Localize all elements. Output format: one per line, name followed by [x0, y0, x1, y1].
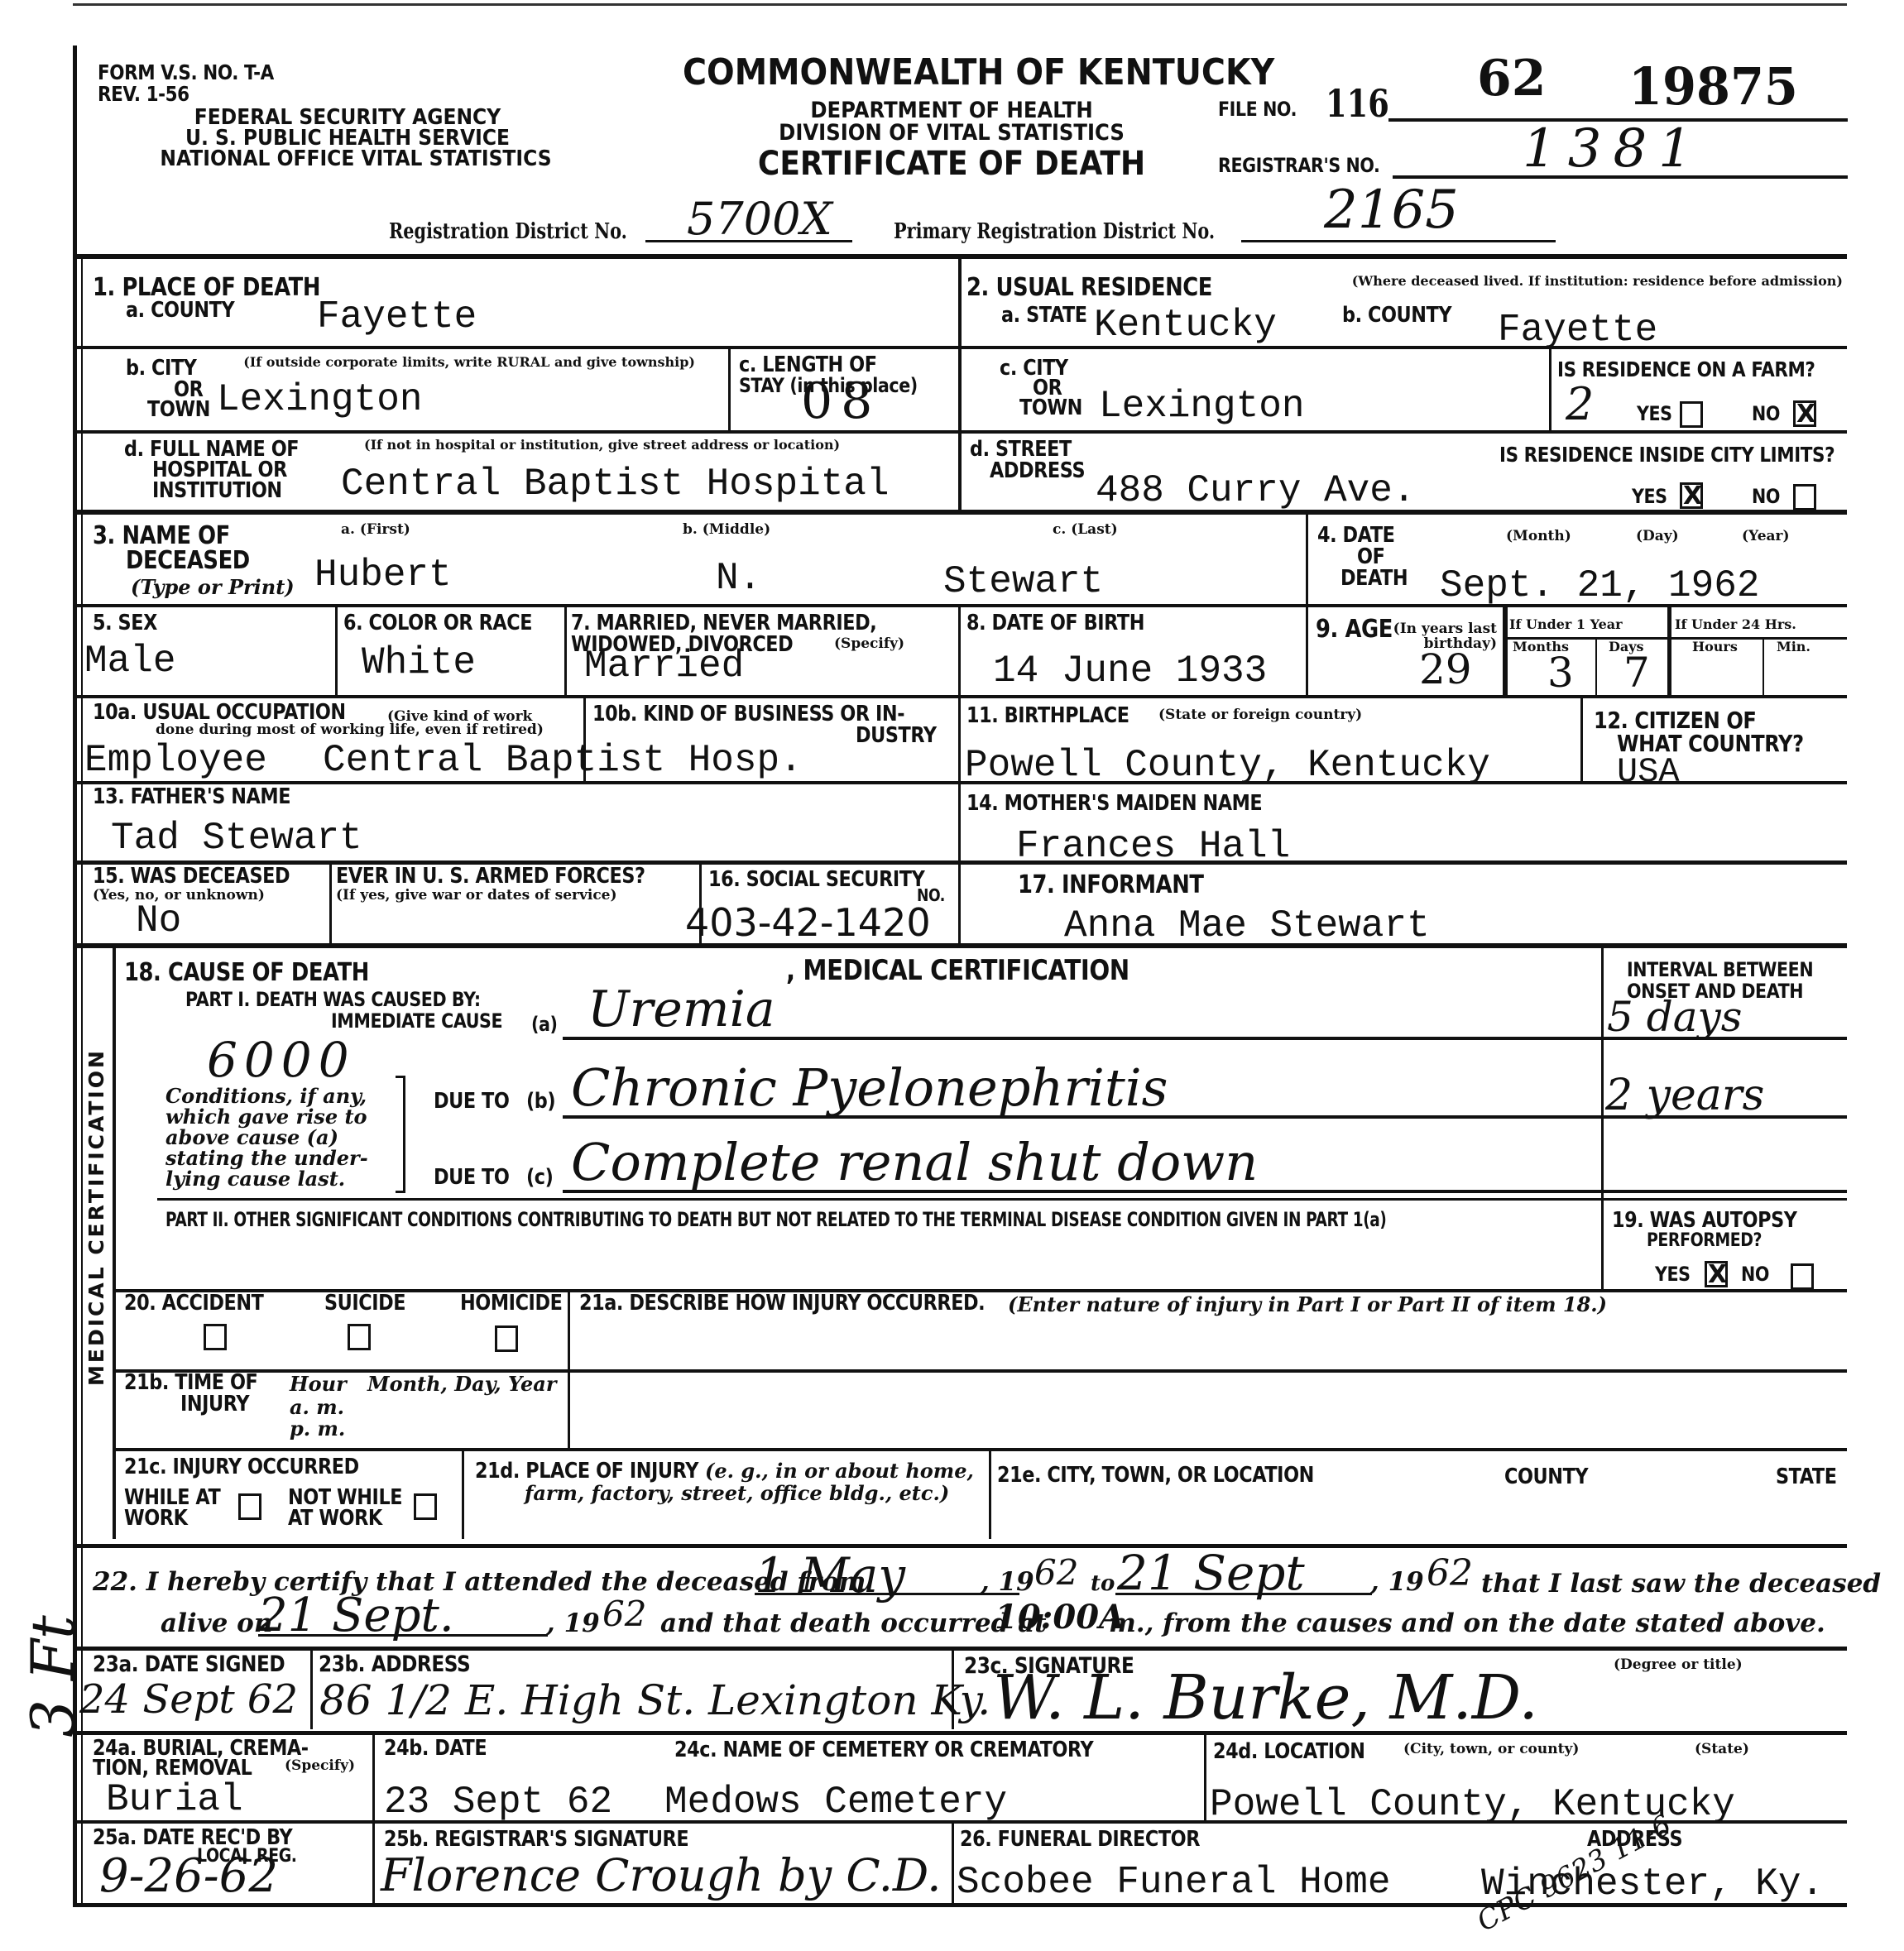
res-state-label: a. STATE	[1001, 304, 1087, 327]
cert-text4: m., from the causes and on the date stat…	[1109, 1609, 1825, 1637]
date-of-death-value: Sept. 21, 1962	[1440, 567, 1759, 605]
armed-value: No	[136, 902, 181, 940]
due-to-b-value: Chronic Pyelonephritis	[571, 1062, 1168, 1114]
business-label2: DUSTRY	[856, 725, 937, 747]
cert-from-rule	[755, 1593, 1019, 1595]
farm-yes-label: YES	[1637, 404, 1672, 424]
citizen-divider	[1580, 698, 1583, 781]
suicide-checkbox[interactable]	[348, 1324, 371, 1350]
usual-residence-label: 2. USUAL RESIDENCE	[966, 275, 1212, 301]
min-label: Min.	[1777, 640, 1810, 654]
primary-reg-district-label: Primary Registration District No.	[894, 219, 1215, 244]
county-injury-label: COUNTY	[1504, 1466, 1588, 1488]
injury-how-note: (Enter nature of injury in Part I or Par…	[1008, 1294, 1607, 1316]
division-name: DIVISION OF VITAL STATISTICS	[736, 120, 1168, 146]
res-city-town: TOWN	[1019, 397, 1082, 419]
date-received-value: 9-26-62	[99, 1853, 278, 1900]
ssn-value: 403-42-1420	[685, 904, 931, 942]
row10-rule	[77, 781, 1847, 784]
funeral-director-label: 26. FUNERAL DIRECTOR	[960, 1829, 1200, 1851]
autopsy-no-checkbox[interactable]	[1791, 1263, 1814, 1290]
pod-city-town: TOWN	[147, 399, 210, 421]
cert-from-year-prefix: , 19	[981, 1568, 1034, 1596]
cert-alive-year-prefix: , 19	[546, 1609, 600, 1637]
res-county-value: Fayette	[1498, 311, 1657, 349]
informant-label: 17. INFORMANT	[1018, 872, 1204, 899]
burial-type-divider	[372, 1734, 375, 1820]
cemetery-label: 24c. NAME OF CEMETERY OR CREMATORY	[674, 1739, 1093, 1762]
medical-bottom-rule	[77, 1544, 1847, 1548]
due-to-c-mark: (c)	[526, 1167, 553, 1189]
accident-label: 20. ACCIDENT	[124, 1292, 263, 1315]
row3-rule	[77, 604, 1847, 607]
res-county-label: b. COUNTY	[1342, 304, 1451, 327]
form-bottom-rule	[73, 1903, 1847, 1907]
cert-alive-year: 62	[602, 1597, 646, 1632]
pm-label: p. m.	[290, 1418, 345, 1440]
street-value: 488 Curry Ave.	[1096, 472, 1415, 510]
dod-label3: DEATH	[1340, 568, 1408, 590]
cert-to-year: 62	[1427, 1556, 1473, 1592]
birthplace-label: 11. BIRTHPLACE	[966, 705, 1129, 727]
farm-no-checkbox[interactable]	[1793, 400, 1816, 427]
business-divider	[958, 698, 961, 781]
pod-county-value: Fayette	[317, 298, 477, 336]
date-signed-label: 23a. DATE SIGNED	[93, 1653, 285, 1676]
cert-from-year: 62	[1034, 1556, 1078, 1590]
due-to-c-label: DUE TO	[434, 1167, 509, 1189]
occupation-note2: done during most of working life, even i…	[156, 723, 569, 738]
degree-label: (Degree or title)	[1614, 1658, 1743, 1673]
days-divider-a	[1595, 637, 1597, 697]
autopsy-yes-label: YES	[1655, 1264, 1691, 1285]
pod-city-value: Lexington	[217, 381, 422, 419]
row15-rule	[77, 943, 1847, 948]
registrars-no-value: 1381	[1523, 122, 1704, 175]
marital-specify: (Specify)	[834, 637, 904, 652]
due-to-c-value: Complete renal shut down	[571, 1137, 1258, 1188]
sex-label: 5. SEX	[93, 612, 157, 635]
middle-name-value: N.	[716, 559, 761, 597]
dob-value: 14 June 1933	[993, 652, 1267, 690]
row21b-rule	[116, 1448, 1847, 1451]
conditions-note-4: lying cause last.	[165, 1168, 345, 1190]
state-name: COMMONWEALTH OF KENTUCKY	[683, 51, 1204, 93]
middle-name-label: b. (Middle)	[683, 523, 770, 538]
row1-rule	[77, 346, 1847, 349]
cert-address-value: 86 1/2 E. High St. Lexington Ky.	[319, 1680, 990, 1721]
certificate-title: CERTIFICATE OF DEATH	[736, 145, 1168, 183]
stay-divider	[728, 349, 731, 430]
citizen-label1: 12. CITIZEN OF	[1594, 708, 1756, 732]
dob-divider	[1306, 607, 1308, 697]
mdy-label: Month, Day, Year	[367, 1373, 557, 1395]
file-no-prefix: 116	[1326, 81, 1389, 126]
burial-type-specify: (Specify)	[285, 1759, 355, 1774]
registrars-no-label: REGISTRAR'S NO.	[1218, 156, 1379, 176]
farm-label: IS RESIDENCE ON A FARM?	[1557, 359, 1815, 381]
marital-divider	[958, 607, 961, 697]
place-injury-note2: farm, factory, street, office bldg., etc…	[525, 1483, 949, 1504]
occurred-label: 21c. INJURY OCCURRED	[124, 1456, 359, 1479]
hospital-label3: INSTITUTION	[152, 480, 282, 502]
sex-value: Male	[84, 642, 175, 680]
race-value: White	[362, 644, 476, 682]
due-to-b-mark: (b)	[526, 1091, 555, 1113]
cemetery-value: Medows Cemetery	[664, 1783, 1007, 1821]
cert-alive-rule	[258, 1634, 548, 1637]
dod-divider	[1306, 515, 1308, 606]
residence-note: (Where deceased lived. If institution: r…	[1342, 275, 1843, 289]
cert-text1: 22. I hereby certify that I attended the…	[93, 1568, 866, 1596]
city-limits-yes-label: YES	[1632, 487, 1667, 507]
row24-rule	[77, 1820, 1847, 1824]
immediate-cause-rule	[563, 1037, 1847, 1040]
burial-date-value: 23 Sept 62	[384, 1783, 612, 1821]
cert-to-date: 21 Sept	[1117, 1549, 1305, 1597]
farm-yes-checkbox[interactable]	[1680, 401, 1703, 428]
margin-mark: 3 Ft	[23, 1615, 83, 1738]
father-label: 13. FATHER'S NAME	[93, 786, 290, 808]
due-to-c-rule	[563, 1190, 1847, 1193]
months-value: 3	[1547, 652, 1574, 693]
autopsy-label1: 19. WAS AUTOPSY	[1612, 1210, 1797, 1232]
part1-bottom-rule	[157, 1198, 1847, 1201]
row1d-rule	[77, 510, 1847, 515]
file-no-number: 19875	[1628, 56, 1798, 117]
business-value: Central Baptist Hosp.	[323, 741, 803, 779]
cert-time: 10:00A	[995, 1601, 1125, 1634]
informant-divider	[958, 865, 961, 943]
code-value: 6000	[207, 1036, 356, 1084]
farm-divider	[1549, 349, 1551, 430]
cause-label: 18. CAUSE OF DEATH	[124, 960, 369, 986]
name-label2: DECEASED	[126, 548, 250, 574]
autopsy-yes-checkbox[interactable]	[1705, 1261, 1728, 1287]
due-to-b-interval-value: 2 years	[1605, 1074, 1764, 1117]
injury-how-label: 21a. DESCRIBE HOW INJURY OCCURRED.	[579, 1292, 985, 1315]
homicide-label: HOMICIDE	[460, 1292, 562, 1315]
occurred-divider	[462, 1451, 464, 1539]
burial-type-value: Burial	[106, 1781, 243, 1819]
due-to-b-label: DUE TO	[434, 1091, 509, 1113]
under24-label: If Under 24 Hrs.	[1675, 618, 1796, 632]
min-divider	[1763, 637, 1764, 697]
state-injury-label: STATE	[1776, 1466, 1837, 1488]
am-label: a. m.	[290, 1397, 344, 1418]
age-divider	[1503, 607, 1508, 697]
cert-to-rule	[1115, 1593, 1372, 1595]
while-work-checkbox[interactable]	[238, 1493, 261, 1520]
place-injury-label: 21d. PLACE OF INJURY	[475, 1460, 698, 1483]
first-name-label: a. (First)	[341, 523, 410, 538]
under24-divider	[1667, 607, 1671, 697]
part1-label: PART I. DEATH WAS CAUSED BY:	[185, 990, 481, 1010]
hours-label: Hours	[1692, 640, 1738, 654]
frame-top-border	[73, 3, 1847, 6]
marital-value: Married	[584, 647, 744, 685]
first-name-value: Hubert	[314, 556, 452, 594]
city-limits-yes-checkbox[interactable]	[1680, 482, 1703, 509]
primary-reg-district-underline	[1241, 240, 1556, 242]
age-value: 29	[1419, 649, 1472, 690]
file-no-label: FILE NO.	[1218, 99, 1297, 120]
autopsy-no-label: NO	[1741, 1264, 1769, 1285]
place-injury-note1: (e. g., in or about home,	[705, 1460, 974, 1482]
city-limits-label: IS RESIDENCE INSIDE CITY LIMITS?	[1499, 444, 1834, 466]
place-of-death-label: 1. PLACE OF DEATH	[93, 275, 320, 301]
funeral-divider	[952, 1824, 954, 1903]
form-revision: REV. 1-56	[98, 84, 274, 105]
location-state-note: (State)	[1695, 1742, 1749, 1757]
form-number: FORM V.S. NO. T-A	[98, 62, 274, 84]
dod-year-label: (Year)	[1742, 530, 1790, 544]
race-label: 6. COLOR OR RACE	[343, 612, 532, 635]
place-injury-divider	[989, 1451, 991, 1539]
accident-checkbox[interactable]	[204, 1324, 227, 1350]
date-signed-value: 24 Sept 62	[79, 1680, 298, 1719]
not-while-label2: AT WORK	[288, 1508, 382, 1530]
sex-divider	[335, 607, 338, 697]
birthplace-note: (State or foreign country)	[1158, 708, 1362, 723]
row1b-rule	[77, 430, 1847, 434]
last-name-value: Stewart	[943, 563, 1103, 601]
birthplace-value: Powell County, Kentucky	[965, 746, 1490, 784]
hospital-note: (If not in hospital or institution, give…	[364, 439, 952, 453]
due-to-b-rule	[563, 1115, 1847, 1119]
ssn-label: 16. SOCIAL SECURITY	[708, 869, 924, 891]
under1-label: If Under 1 Year	[1509, 618, 1623, 632]
immediate-label: IMMEDIATE CAUSE	[331, 1011, 502, 1032]
father-divider	[958, 784, 961, 860]
days-value: 7	[1623, 652, 1650, 693]
pod-city-note: (If outside corporate limits, write RURA…	[223, 356, 695, 370]
armed-label2: EVER IN U. S. ARMED FORCES?	[336, 865, 645, 888]
informant-value: Anna Mae Stewart	[1064, 907, 1430, 945]
dod-day-label: (Day)	[1636, 530, 1679, 544]
location-note: (City, town, or county)	[1403, 1742, 1579, 1757]
cert-text3: and that death occurred at	[660, 1609, 1047, 1637]
immediate-a-mark: (a)	[531, 1014, 558, 1035]
form-header-left: FORM V.S. NO. T-A REV. 1-56	[98, 62, 302, 106]
interval-divider	[1601, 948, 1604, 1291]
date-received-divider	[372, 1824, 375, 1903]
father-value: Tad Stewart	[111, 819, 362, 857]
hospital-value: Central Baptist Hospital	[341, 465, 890, 503]
primary-reg-district-value: 2165	[1324, 184, 1459, 237]
registrar-signature: Florence Crough by C.D.	[381, 1853, 941, 1898]
pod-county-label: a. COUNTY	[126, 300, 234, 322]
cert-alive-date: 21 Sept.	[258, 1593, 454, 1639]
farm-no-label: NO	[1752, 404, 1780, 424]
street-label2: ADDRESS	[990, 460, 1085, 482]
burial-date-label: 24b. DATE	[384, 1738, 487, 1760]
mother-label: 14. MOTHER'S MAIDEN NAME	[966, 793, 1262, 815]
farm-mark: 2	[1566, 382, 1594, 427]
registrar-signature-label: 25b. REGISTRAR'S SIGNATURE	[384, 1829, 688, 1851]
cert-alive-label: alive on	[161, 1609, 272, 1637]
race-divider	[564, 607, 567, 697]
res-state-value: Kentucky	[1094, 306, 1277, 344]
funeral-director-value: Scobee Funeral Home	[957, 1863, 1391, 1901]
hour-label: Hour	[290, 1373, 347, 1395]
cert-to-label: to	[1091, 1572, 1115, 1596]
medical-cert-label: , MEDICAL CERTIFICATION	[786, 956, 1129, 986]
dod-month-label: (Month)	[1506, 530, 1571, 544]
city-limits-no-label: NO	[1752, 487, 1780, 507]
time-injury-label2: INJURY	[180, 1393, 249, 1416]
res-city-value: Lexington	[1099, 387, 1304, 425]
col-divider-mid	[958, 259, 962, 513]
armed-note2: (If yes, give war or dates of service)	[336, 889, 617, 904]
cert-address-label: 23b. ADDRESS	[319, 1653, 470, 1676]
conditions-brace	[396, 1076, 405, 1193]
date-signed-divider	[310, 1651, 313, 1729]
immediate-interval-value: 5 days	[1607, 996, 1742, 1038]
dob-label: 8. DATE OF BIRTH	[966, 612, 1144, 635]
part2-label: PART II. OTHER SIGNIFICANT CONDITIONS CO…	[165, 1210, 1386, 1230]
armed-label1: 15. WAS DECEASED	[93, 865, 290, 888]
burial-type-label2: TION, REMOVAL	[93, 1757, 252, 1780]
reg-district-underline	[645, 240, 852, 242]
physician-signature: W. L. Burke, M.D.	[993, 1667, 1538, 1728]
cemetery-divider	[1204, 1734, 1206, 1820]
city-injury-label: 21e. CITY, TOWN, OR LOCATION	[997, 1464, 1314, 1487]
reg-district-value: 5700X	[687, 197, 832, 242]
reg-district-label: Registration District No.	[389, 219, 627, 244]
stay-value: 08	[801, 376, 880, 426]
office-name: NATIONAL OFFICE VITAL STATISTICS	[125, 146, 587, 171]
name-label1: 3. NAME OF	[93, 523, 230, 549]
while-work-label2: WORK	[124, 1508, 187, 1530]
row22-rule	[77, 1647, 1847, 1651]
city-limits-no-checkbox[interactable]	[1793, 484, 1816, 511]
armed-divider-a	[329, 865, 332, 943]
name-label3: (Type or Print)	[131, 577, 295, 598]
registrars-no-underline	[1393, 175, 1848, 179]
cert-text2: that I last saw the deceased	[1481, 1570, 1881, 1598]
occupation-value: Employee	[84, 741, 267, 779]
location-label: 24d. LOCATION	[1213, 1741, 1365, 1763]
homicide-checkbox[interactable]	[495, 1325, 518, 1352]
medical-side-label: MEDICAL CERTIFICATION	[84, 1048, 108, 1386]
not-while-checkbox[interactable]	[414, 1493, 437, 1520]
last-name-label: c. (Last)	[1053, 523, 1118, 538]
cert-to-year-prefix: , 19	[1370, 1568, 1424, 1596]
row23-rule	[77, 1731, 1847, 1735]
suicide-label: SUICIDE	[324, 1292, 405, 1315]
immediate-cause-value: Uremia	[588, 985, 775, 1034]
interval-label1: INTERVAL BETWEEN	[1627, 960, 1813, 980]
autopsy-label2: PERFORMED?	[1647, 1231, 1762, 1250]
file-no-year: 62	[1477, 50, 1547, 108]
